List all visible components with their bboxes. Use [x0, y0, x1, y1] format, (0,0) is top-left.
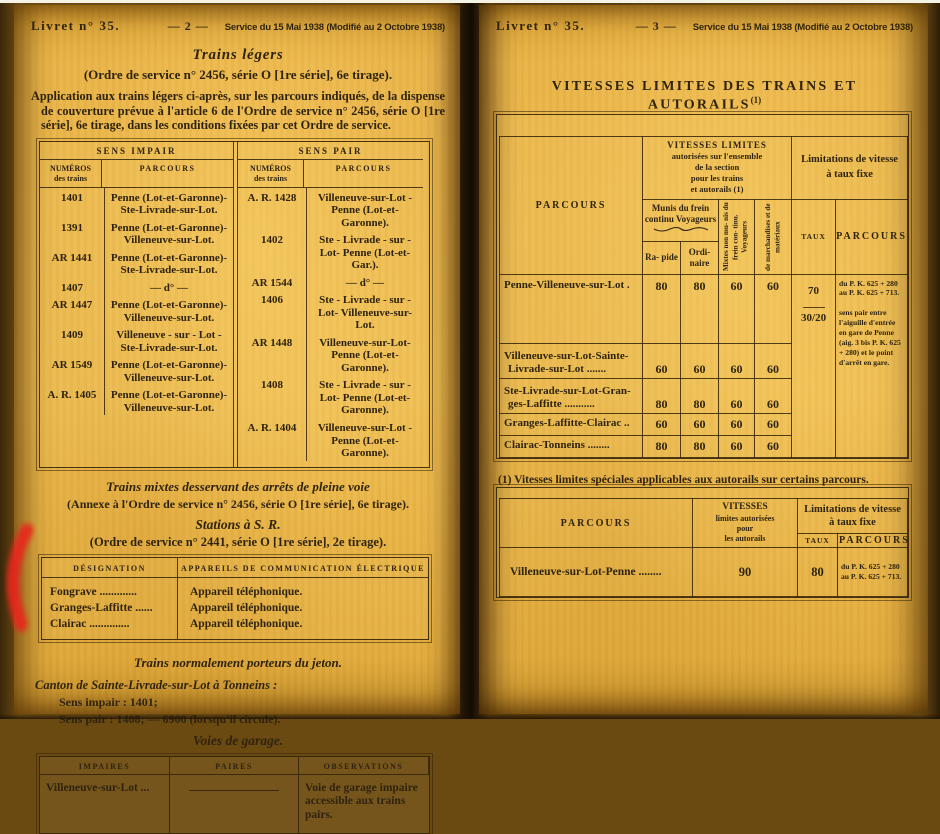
scanned-booklet-spread: Livret n° 35. — 2 — Service du 15 Mai 19… [0, 0, 940, 719]
vitesses-line: limites autorisées [716, 514, 775, 523]
route-label: Clairac-Tonneins ........ [500, 435, 643, 457]
train-number: A. R. 1404 [238, 418, 307, 461]
train-parcours: Penne (Lot-et-Garonne)- Villeneuve-sur-L… [105, 385, 234, 415]
speed-value: 80 [643, 435, 681, 457]
autorail-table-frame: PARCOURS VITESSES limites autorisées pou… [496, 487, 909, 598]
sens-pair-header: SENS PAIR [238, 142, 423, 160]
numeros-label: NUMÉROS [50, 164, 91, 173]
table-row: 1407— d° — [40, 278, 233, 296]
table-row: Villeneuve-sur-Lot-Penne ........ 90 80 … [500, 548, 908, 597]
table-row: A. R. 1428Villeneuve-sur-Lot - Penne (Lo… [238, 188, 423, 231]
parcours-header-impair: PARCOURS [102, 160, 233, 188]
speed-value: 60 [755, 343, 792, 378]
train-parcours: Penne (Lot-et-Garonne)- Villeneuve-sur-L… [105, 355, 234, 385]
table-row: A. R. 1404Villeneuve-sur-Lot - Penne (Lo… [238, 418, 423, 461]
mixtes-title: Trains mixtes desservant des arrêts de p… [31, 479, 445, 495]
train-parcours: Ste - Livrade - sur - Lot- Penne (Lot-et… [307, 375, 424, 418]
train-number: 1402 [238, 230, 307, 273]
title-footnote-ref: (1) [751, 95, 762, 105]
train-parcours: Villeneuve-sur-Lot-Penne (Lot-et-Garonne… [307, 333, 424, 376]
canton-line: Canton de Sainte-Livrade-sur-Lot à Tonne… [31, 678, 445, 693]
train-parcours: Ste - Livrade - sur - Lot- Villeneuve-su… [307, 290, 424, 333]
speed-value: 80 [643, 274, 681, 343]
table-row: 1409Villeneuve - sur - Lot - Ste-Livrade… [40, 325, 233, 355]
train-parcours: Ste - Livrade - sur - Lot- Penne (Lot-et… [307, 230, 424, 273]
speed-value: 60 [643, 343, 681, 378]
stations-table: DÉSIGNATION APPAREILS DE COMMUNICATION É… [41, 557, 429, 640]
taux-note: du P. K. 625 + 280 au P. K. 625 + 713. [838, 548, 908, 597]
speed-value: 60 [719, 343, 755, 378]
sens-impair-line: Sens impair : 1401; [31, 695, 445, 710]
table-row: 1401Penne (Lot-et-Garonne)- Ste-Livrade-… [40, 188, 233, 218]
parcours-notes-column-header: PARCOURS [836, 199, 908, 274]
parcours-column-header: PARCOURS [500, 136, 643, 274]
speed-value: 60 [719, 274, 755, 343]
train-number: AR 1544 [238, 273, 307, 291]
group-line: autorisées sur l'ensemble [672, 151, 763, 161]
autorail-speed-table: PARCOURS VITESSES limites autorisées pou… [499, 498, 908, 597]
stations-sr-subtitle: (Ordre de service n° 2441, série O [1re … [31, 535, 445, 550]
section-title-trains-legers: Trains légers [31, 47, 445, 64]
speed-value: 60 [643, 413, 681, 435]
train-number: AR 1441 [40, 248, 105, 278]
vitesses-line: pour [737, 524, 753, 533]
taux-divider [803, 307, 825, 308]
speed-value: 80 [643, 378, 681, 413]
group-line: VITESSES LIMITES [667, 140, 767, 150]
taux-column-header: TAUX [798, 534, 838, 548]
train-number: A. R. 1405 [40, 385, 105, 415]
train-parcours: — d° — [307, 273, 424, 291]
rapide-column-header: Ra- pide [643, 241, 681, 274]
taux-note: sens pair entre l'aiguille d'entrée en g… [839, 308, 904, 367]
train-number: 1408 [238, 375, 307, 418]
vitesses-line: les autorails [724, 534, 765, 543]
table-row: Penne-Villeneuve-sur-Lot . 80 80 60 60 7… [500, 274, 908, 343]
ordre-service-subtitle: (Ordre de service n° 2456, série O [1re … [31, 67, 445, 83]
trains-legers-table: SENS IMPAIR SENS PAIR NUMÉROS des trains… [39, 141, 430, 468]
limitations-group-header: Limitations de vitesse à taux fixe [798, 499, 908, 534]
speed-value: 60 [755, 274, 792, 343]
sens-impair-header: SENS IMPAIR [40, 142, 233, 160]
table-row: 1406Ste - Livrade - sur - Lot- Villeneuv… [238, 290, 423, 333]
stations-sr-title: Stations à S. R. [31, 517, 445, 533]
speed-value: 60 [755, 378, 792, 413]
group-line: de la section [695, 162, 739, 172]
mixtes-subtitle: (Annexe à l'Ordre de service n° 2456, sé… [31, 497, 445, 512]
table-row: AR 1441Penne (Lot-et-Garonne)- Ste-Livra… [40, 248, 233, 278]
right-page-sheet: Livret n° 35. — 3 — Service du 15 Mai 19… [479, 5, 928, 714]
route-label: Ste-Livrade-sur-Lot-Gran- ges-Laffitte .… [500, 378, 643, 413]
speed-value: 80 [681, 274, 719, 343]
taux-notes-cell: du P. K. 625 + 280 au P. K. 625 + 713. s… [836, 274, 908, 457]
route-label: Villeneuve-sur-Lot-Penne ........ [500, 548, 693, 597]
group-line: pour les trains [691, 173, 743, 183]
train-number: AR 1549 [40, 355, 105, 385]
train-number: AR 1448 [238, 333, 307, 376]
table-row: AR 1544— d° — [238, 273, 423, 291]
vitesses-limites-title: VITESSES LIMITES DES TRAINS ET AUTORAILS… [496, 79, 913, 114]
route-label: Penne-Villeneuve-sur-Lot . [500, 274, 643, 343]
pair-rows: A. R. 1428Villeneuve-sur-Lot - Penne (Lo… [238, 188, 423, 467]
mixtes-vertical-label: Mixtes non mu- nis du frein con- tinu. V… [722, 201, 750, 273]
page-number: — 3 — [636, 19, 677, 34]
header-row-1: PARCOURS VITESSES limites autorisées pou… [500, 499, 908, 534]
route-label: Villeneuve-sur-Lot-Sainte- Livrade-sur-L… [500, 343, 643, 378]
train-number: 1401 [40, 188, 105, 218]
speed-value: 60 [681, 413, 719, 435]
train-parcours: Villeneuve-sur-Lot - Penne (Lot-et-Garon… [307, 188, 424, 231]
page-number: — 2 — [168, 19, 209, 34]
taux-note: du P. K. 625 + 280 au P. K. 625 + 713. [839, 279, 904, 299]
station-name: Clairac .............. [42, 616, 178, 639]
parcours-header-pair: PARCOURS [304, 160, 423, 188]
table-row: 1408Ste - Livrade - sur - Lot- Penne (Lo… [238, 375, 423, 418]
station-name: Granges-Laffitte ...... [42, 600, 178, 616]
route-label: Granges-Laffitte-Clairac .. [500, 413, 643, 435]
taux-value: 80 [798, 548, 838, 597]
train-parcours: Penne (Lot-et-Garonne)- Ste-Livrade-sur-… [105, 248, 234, 278]
table-row: 1391Penne (Lot-et-Garonne)- Villeneuve-s… [40, 218, 233, 248]
speed-value: 60 [681, 343, 719, 378]
red-pen-mark [0, 520, 46, 640]
marchandises-vertical-label: de marchandises et de matériaux [764, 201, 783, 273]
train-number: AR 1447 [40, 295, 105, 325]
munis-frein-header: Munis du frein continu Voyageurs [643, 199, 719, 241]
numeros-header-impair: NUMÉROS des trains [40, 160, 102, 188]
train-parcours: Penne (Lot-et-Garonne)- Ste-Livrade-sur-… [105, 188, 234, 218]
sens-pair-line: Sens pair : 1408; — 6900 (lorsqu'il circ… [31, 712, 445, 719]
booklet-number: Livret n° 35. [31, 18, 120, 34]
right-page-header: Livret n° 35. — 3 — Service du 15 Mai 19… [496, 18, 913, 34]
speed-value: 60 [755, 413, 792, 435]
right-page-content: Livret n° 35. — 3 — Service du 15 Mai 19… [479, 5, 928, 714]
appareils-column-header: APPAREILS DE COMMUNICATION ÉLECTRIQUE [178, 558, 428, 578]
left-page-sheet: Livret n° 35. — 2 — Service du 15 Mai 19… [14, 5, 460, 714]
train-number: 1407 [40, 278, 105, 296]
train-number: A. R. 1428 [238, 188, 307, 231]
footnote: (1) Vitesses limites spéciales applicabl… [498, 473, 906, 488]
taux-value: 30/20 [792, 312, 835, 324]
table-row: AR 1549Penne (Lot-et-Garonne)- Villeneuv… [40, 355, 233, 385]
parcours-notes-column-header: PARCOURS [838, 534, 908, 548]
limitations-group-header: Limitations de vitesse à taux fixe [792, 136, 908, 199]
table-row: AR 1447Penne (Lot-et-Garonne)- Villeneuv… [40, 295, 233, 325]
train-parcours: — d° — [105, 278, 234, 296]
table-row: A. R. 1405Penne (Lot-et-Garonne)- Villen… [40, 385, 233, 415]
taux-column-header: TAUX [792, 199, 836, 274]
train-number: 1406 [238, 290, 307, 333]
taux-value: 70 [792, 285, 835, 297]
left-page-content: Livret n° 35. — 2 — Service du 15 Mai 19… [14, 5, 460, 714]
impair-rows: 1401Penne (Lot-et-Garonne)- Ste-Livrade-… [40, 188, 233, 467]
speed-value: 90 [693, 548, 798, 597]
des-trains-label: des trains [254, 174, 287, 183]
title-text: VITESSES LIMITES DES TRAINS ET AUTORAILS [552, 79, 857, 113]
speed-limits-table: PARCOURS VITESSES LIMITES autorisées sur… [499, 136, 908, 458]
munis-label: Munis du frein continu Voyageurs [645, 203, 716, 224]
train-number: 1391 [40, 218, 105, 248]
numeros-label: NUMÉROS [250, 164, 291, 173]
mixtes-column-header: Mixtes non mu- nis du frein con- tinu. V… [719, 199, 755, 274]
header-row-1: PARCOURS VITESSES LIMITES autorisées sur… [500, 136, 908, 199]
intro-paragraph: Application aux trains légers ci-après, … [31, 89, 445, 133]
marchandises-column-header: de marchandises et de matériaux [755, 199, 792, 274]
train-parcours: Penne (Lot-et-Garonne)- Villeneuve-sur-L… [105, 218, 234, 248]
jeton-title: Trains normalement porteurs du jeton. [31, 655, 445, 671]
speed-table-frame: PARCOURS VITESSES LIMITES autorisées sur… [496, 114, 909, 459]
station-device: Appareil téléphonique. [178, 578, 428, 600]
parcours-column-header: PARCOURS [500, 499, 693, 548]
train-number: 1409 [40, 325, 105, 355]
group-line: et autorails (1) [691, 184, 744, 194]
speed-value: 60 [719, 435, 755, 457]
station-device: Appareil téléphonique. [178, 616, 428, 639]
speed-value: 60 [719, 413, 755, 435]
booklet-number: Livret n° 35. [496, 18, 585, 34]
vitesses-line: VITESSES [722, 502, 767, 512]
speed-value: 80 [681, 378, 719, 413]
vitesses-group-header: VITESSES LIMITES autorisées sur l'ensemb… [643, 136, 792, 199]
station-device: Appareil téléphonique. [178, 600, 428, 616]
left-page-header: Livret n° 35. — 2 — Service du 15 Mai 19… [31, 18, 445, 34]
designation-column-header: DÉSIGNATION [42, 558, 178, 578]
ordinaire-column-header: Ordi- naire [681, 241, 719, 274]
speed-value: 60 [719, 378, 755, 413]
table-row: AR 1448Villeneuve-sur-Lot-Penne (Lot-et-… [238, 333, 423, 376]
service-date-line: Service du 15 Mai 1938 (Modifié au 2 Oct… [225, 22, 445, 33]
service-date-line: Service du 15 Mai 1938 (Modifié au 2 Oct… [693, 22, 913, 33]
numeros-header-pair: NUMÉROS des trains [238, 160, 304, 188]
train-parcours: Villeneuve - sur - Lot - Ste-Livrade-sur… [105, 325, 234, 355]
train-parcours: Villeneuve-sur-Lot - Penne (Lot-et-Garon… [307, 418, 424, 461]
speed-value: 60 [755, 435, 792, 457]
train-parcours: Penne (Lot-et-Garonne)- Villeneuve-sur-L… [105, 295, 234, 325]
station-name: Fongrave ............. [42, 578, 178, 600]
brace-decoration [652, 226, 710, 233]
speed-value: 80 [681, 435, 719, 457]
des-trains-label: des trains [54, 174, 87, 183]
taux-values-cell: 70 30/20 [792, 274, 836, 457]
table-row: 1402Ste - Livrade - sur - Lot- Penne (Lo… [238, 230, 423, 273]
vitesses-autorails-header: VITESSES limites autorisées pour les aut… [693, 499, 798, 548]
